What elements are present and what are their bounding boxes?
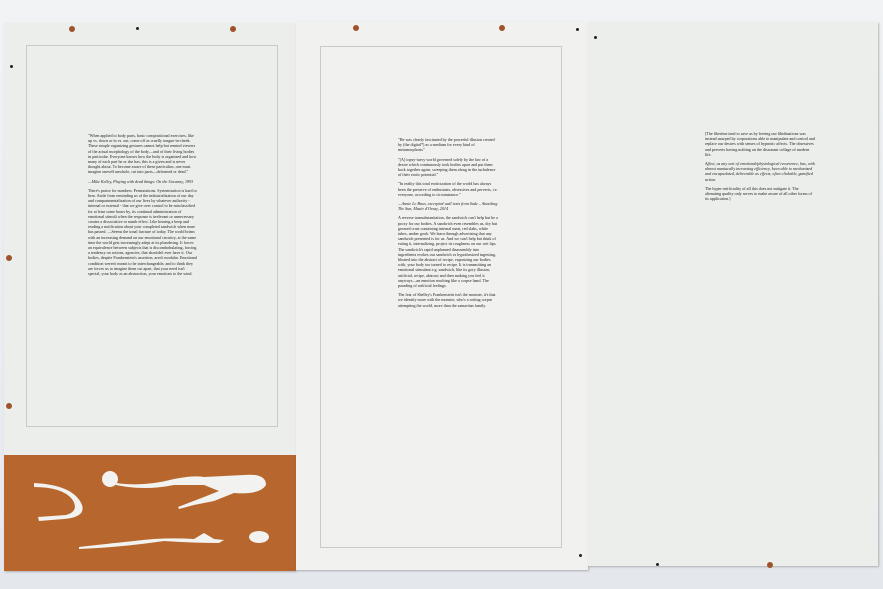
screw-icon <box>6 255 12 261</box>
white-drip-shapes <box>4 455 296 571</box>
center-panel-text: "He was clearly fascinated by the powerf… <box>398 137 498 312</box>
screw-icon <box>69 26 75 32</box>
orange-painted-band <box>4 455 296 571</box>
hyper-artificiality-paragraph: The hyper-artificiality of all this does… <box>705 186 815 202</box>
screw-icon <box>230 26 236 32</box>
screw-icon <box>353 25 359 31</box>
screw-icon <box>499 25 505 31</box>
libertine-paragraph: [The libertine tend to save us by freein… <box>705 131 815 157</box>
screw-icon <box>6 403 12 409</box>
nail-hole <box>656 563 659 566</box>
nail-hole <box>136 27 139 30</box>
topsy-turvy-quote: "[A] topsy-turvy world governed solely b… <box>398 157 498 178</box>
kelley-citation: —Mike Kelley, Playing with dead things: … <box>88 179 198 184</box>
nail-hole <box>579 554 582 557</box>
right-panel-text: [The libertine tend to save us by freein… <box>705 131 815 205</box>
screw-icon <box>767 562 773 568</box>
permutations-essay: There's praise for numbers. Permutations… <box>88 188 198 276</box>
nail-hole <box>594 36 597 39</box>
eroticization-quote: "In reality this total eroticization of … <box>398 181 498 197</box>
sandwich-essay: A reverse transubstantiation, the sandwi… <box>398 215 498 288</box>
nail-hole <box>576 28 579 31</box>
metamorphosis-quote: "He was clearly fascinated by the powerf… <box>398 137 498 153</box>
affect-paragraph: Affect, as any sort of emotional/physiol… <box>705 161 815 182</box>
left-panel-text: "When applied to body parts, basic compo… <box>88 133 198 280</box>
le-brun-citation: —Annie Le Brun, excerpted wall texts fro… <box>398 201 498 211</box>
kelley-quote: "When applied to body parts, basic compo… <box>88 133 198 175</box>
right-panel <box>588 22 878 566</box>
frankenstein-essay: The fear of Shelley's Frankenstein isn't… <box>398 292 498 308</box>
nail-hole <box>10 65 13 68</box>
left-panel <box>4 23 296 571</box>
